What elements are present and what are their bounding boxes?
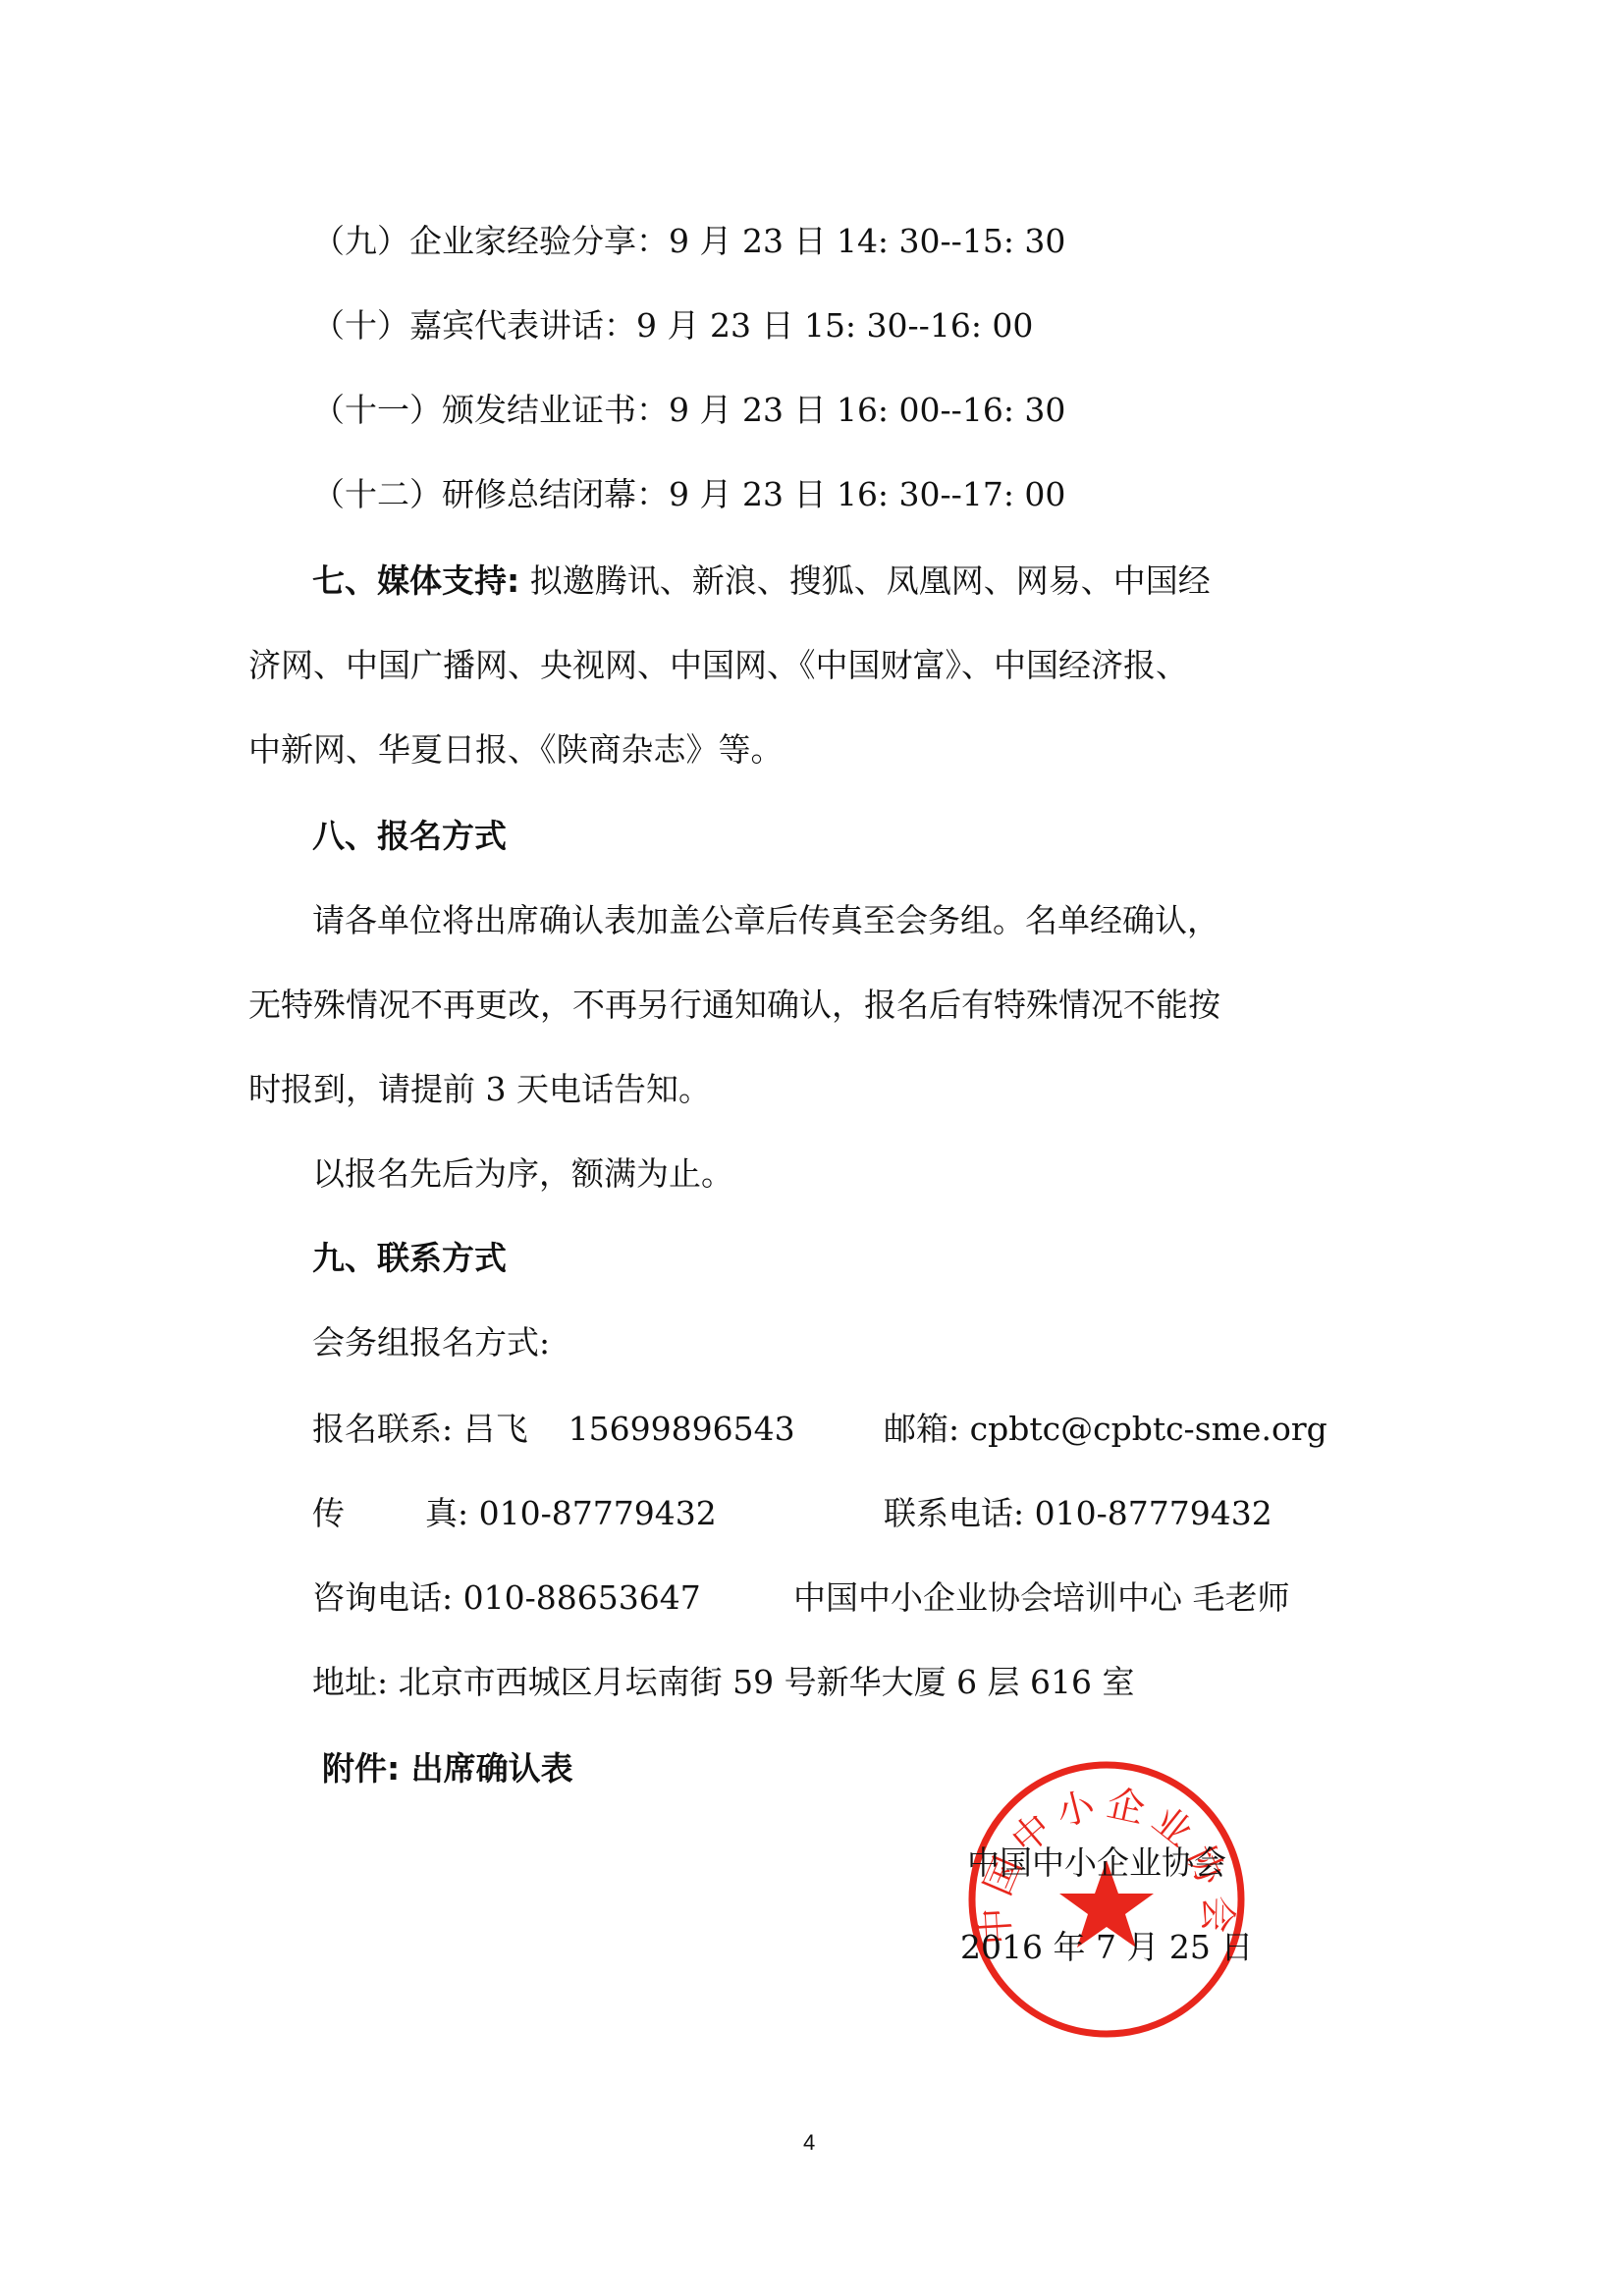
item-label: 企业家经验分享： [409,222,669,260]
signature-date: 2016 年 7 月 25 日 [960,1928,1253,1967]
item-number: （十二） [312,475,442,513]
registration-para-line-3: 时报到，请提前 3 天电话告知。 [248,1070,711,1109]
contact-address: 地址: 北京市西城区月坛南街 59 号新华大厦 6 层 616 室 [312,1663,1135,1702]
item-time: 9 月 23 日 16: 30--17: 00 [669,475,1065,513]
section-heading-contact: 九、联系方式 [312,1239,507,1278]
schedule-item-12: （十二）研修总结闭幕：9 月 23 日 16: 30--17: 00 [312,475,1065,514]
registration-para-2: 以报名先后为序，额满为止。 [312,1154,733,1194]
item-time: 9 月 23 日 14: 30--15: 30 [669,222,1065,260]
item-label: 颁发结业证书： [442,391,669,429]
item-number: （十一） [312,391,442,429]
schedule-item-11: （十一）颁发结业证书：9 月 23 日 16: 00--16: 30 [312,391,1065,430]
media-line-3: 中新网、华夏日报、《陕商杂志》等。 [248,730,784,770]
registration-para-line-1: 请各单位将出席确认表加盖公章后传真至会务组。名单经确认， [312,901,1219,940]
contact-consult-org: 中国中小企业协会培训中心 毛老师 [793,1578,1290,1618]
media-line-1: 拟邀腾讯、新浪、搜狐、凤凰网、网易、中国经 [530,561,1211,600]
registration-contact: 报名联系: 吕飞 [312,1410,528,1448]
registration-phone: 15699896543 [568,1410,795,1448]
official-seal-icon: 中国中小企业协会 [964,1757,1249,2042]
item-time: 9 月 23 日 15: 30--16: 00 [636,306,1033,345]
page-number: 4 [803,2130,815,2156]
signature-organization: 中国中小企业协会 [967,1843,1226,1883]
fax-label-b: 真: 010-87779432 [425,1494,717,1532]
item-number: （九） [312,222,409,260]
item-label: 研修总结闭幕： [442,475,669,513]
schedule-item-10: （十）嘉宾代表讲话：9 月 23 日 15: 30--16: 00 [312,306,1033,346]
schedule-item-9: （九）企业家经验分享：9 月 23 日 14: 30--15: 30 [312,222,1065,261]
item-label: 嘉宾代表讲话： [409,306,636,345]
contact-registration-row: 报名联系: 吕飞 15699896543 [312,1410,795,1449]
item-number: （十） [312,306,409,345]
contact-fax: 传真: 010-87779432 [312,1494,717,1533]
contact-phone: 联系电话: 010-87779432 [884,1494,1272,1533]
item-time: 9 月 23 日 16: 00--16: 30 [669,391,1065,429]
section-heading-registration: 八、报名方式 [312,817,507,856]
contact-email[interactable]: 邮箱: cpbtc@cpbtc-sme.org [884,1410,1327,1449]
media-line-2: 济网、中国广播网、央视网、中国网、《中国财富》、中国经济报、 [248,646,1188,685]
registration-para-line-2: 无特殊情况不再更改，不再另行通知确认，报名后有特殊情况不能按 [248,986,1220,1025]
attachment-label: 附件: 出席确认表 [322,1749,573,1789]
media-section: 七、媒体支持: 拟邀腾讯、新浪、搜狐、凤凰网、网易、中国经 [312,561,1211,601]
contact-consult-phone: 咨询电话: 010-88653647 [312,1578,701,1618]
fax-label-a: 传 [312,1494,345,1532]
contact-intro: 会务组报名方式: [312,1323,550,1362]
section-heading-media: 七、媒体支持: [312,561,519,600]
